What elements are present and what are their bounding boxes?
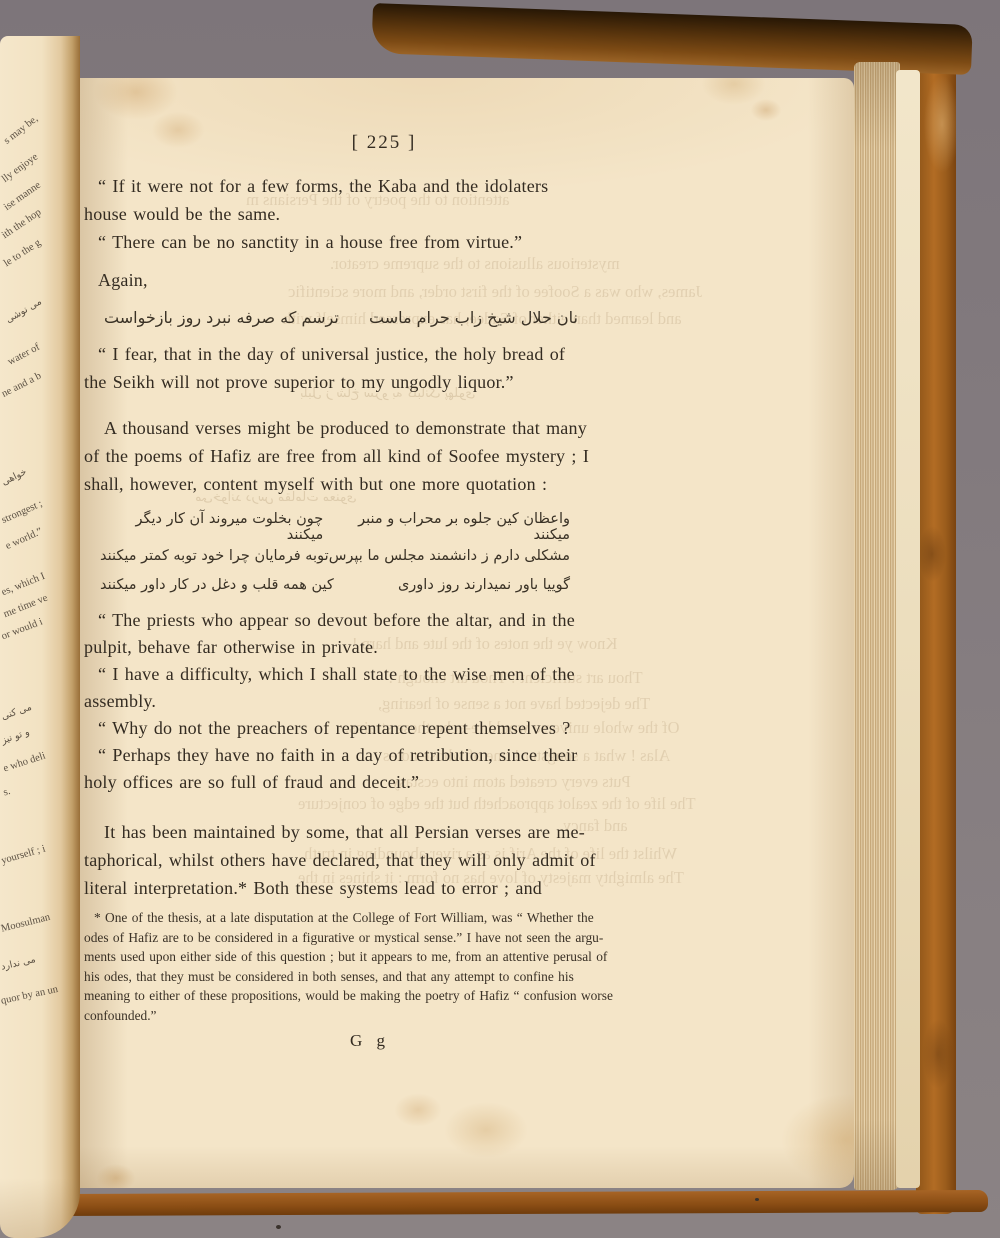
quote-paragraph-perhaps: “ Perhaps they have no faith in a day of… bbox=[84, 742, 684, 796]
paragraph-again: Again, bbox=[84, 266, 684, 294]
facing-page-text-fragment: e who deli bbox=[2, 750, 47, 774]
persian-hemistich-right: مشکلی دارم ز دانشمند مجلس ما بپرس bbox=[329, 548, 570, 564]
facing-page-text-fragment: yourself ; i bbox=[0, 843, 47, 866]
page-number: [ 225 ] bbox=[84, 132, 684, 154]
persian-hemistich-left: چون بخلوت میروند آن کار دیگر میکنند bbox=[100, 511, 323, 543]
facing-page-text-fragment: quor by an un bbox=[0, 984, 59, 1007]
persian-hemistich-left: کین همه قلب و دغل در کار داور میکنند bbox=[100, 577, 334, 593]
dust-speck bbox=[276, 1225, 281, 1229]
facing-page-text-fragment: و تو نیز bbox=[0, 727, 31, 747]
persian-hemistich-left: ترسم که صرفه نبرد روز بازخواست bbox=[104, 308, 339, 327]
facing-page-text-fragment: s. bbox=[2, 786, 12, 799]
paragraph-thousand-verses: A thousand verses might be produced to d… bbox=[84, 414, 684, 498]
persian-verse-line: واعظان کین جلوه بر محراب و منبر میکنند چ… bbox=[100, 512, 570, 541]
persian-verse-block: واعظان کین جلوه بر محراب و منبر میکنند چ… bbox=[100, 512, 570, 599]
quote-paragraph-priests: “ The priests who appear so devout befor… bbox=[84, 607, 684, 661]
persian-hemistich-left: توبه فرمایان چرا خود توبه کمتر میکنند bbox=[100, 548, 329, 564]
leather-cover-bottom-edge bbox=[52, 1190, 988, 1216]
printer-signature: G g bbox=[70, 1031, 670, 1051]
book-photograph: s may be, lly enjoye ise manne ith the h… bbox=[0, 0, 1000, 1238]
dust-speck bbox=[755, 1198, 759, 1201]
page-stack-fore-edge bbox=[854, 62, 900, 1190]
paragraph-maintained: It has been maintained by some, that all… bbox=[84, 818, 684, 902]
facing-page-text-fragment: خواهی bbox=[0, 466, 29, 487]
persian-verse-line: مشکلی دارم ز دانشمند مجلس ما بپرس توبه ف… bbox=[100, 541, 570, 570]
facing-page-text-fragment: me time ve bbox=[2, 593, 49, 621]
facing-page-text-fragment: water of bbox=[6, 342, 42, 368]
persian-hemistich-right: نان حلال شیخ زاب حرام ماست bbox=[369, 308, 578, 327]
text-column: [ 225 ] “ If it were not for a few forms… bbox=[84, 132, 684, 1051]
facing-page-text-fragment: ne and a b bbox=[0, 371, 43, 400]
facing-page-text-fragment: s may be, bbox=[2, 113, 40, 146]
book-page: attention to the poetry of the Persians … bbox=[66, 78, 854, 1188]
quote-paragraph-difficulty: “ I have a difficulty, which I shall sta… bbox=[84, 661, 684, 715]
facing-page-text-fragment: Moosulman bbox=[0, 912, 51, 935]
persian-hemistich-right: گوییا باور نمیدارند روز داوری bbox=[398, 577, 570, 593]
facing-page-text-fragment: e world.” bbox=[4, 526, 44, 552]
facing-page-edge: s may be, lly enjoye ise manne ith the h… bbox=[0, 36, 80, 1238]
quote-paragraph-kaba: “ If it were not for a few forms, the Ka… bbox=[84, 172, 684, 228]
flyleaf-strip bbox=[896, 70, 920, 1188]
facing-page-text-fragment: می ندارد bbox=[0, 954, 37, 973]
persian-hemistich-right: واعظان کین جلوه بر محراب و منبر میکنند bbox=[323, 511, 570, 543]
quote-paragraph-sanctity: “ There can be no sanctity in a house fr… bbox=[84, 228, 684, 256]
leather-cover-right-edge bbox=[916, 34, 956, 1214]
footnote: * One of the thesis, at a late disputati… bbox=[84, 908, 684, 1025]
facing-page-text-fragment: می کنی bbox=[0, 702, 33, 723]
quote-paragraph-fear: “ I fear, that in the day of universal j… bbox=[84, 340, 684, 396]
facing-page-text-fragment: strongest ; bbox=[0, 498, 44, 526]
facing-page-text-fragment: or would i bbox=[0, 617, 44, 643]
facing-page-text-fragment: می نوشی bbox=[4, 296, 44, 325]
persian-verse-line: گوییا باور نمیدارند روز داوری کین همه قل… bbox=[100, 570, 570, 599]
quote-paragraph-preachers: “ Why do not the preachers of repentance… bbox=[84, 715, 684, 742]
facing-page-text-fragment: le to the g bbox=[2, 237, 43, 269]
persian-couplet: نان حلال شیخ زاب حرام ماست ترسم که صرفه … bbox=[104, 302, 578, 332]
